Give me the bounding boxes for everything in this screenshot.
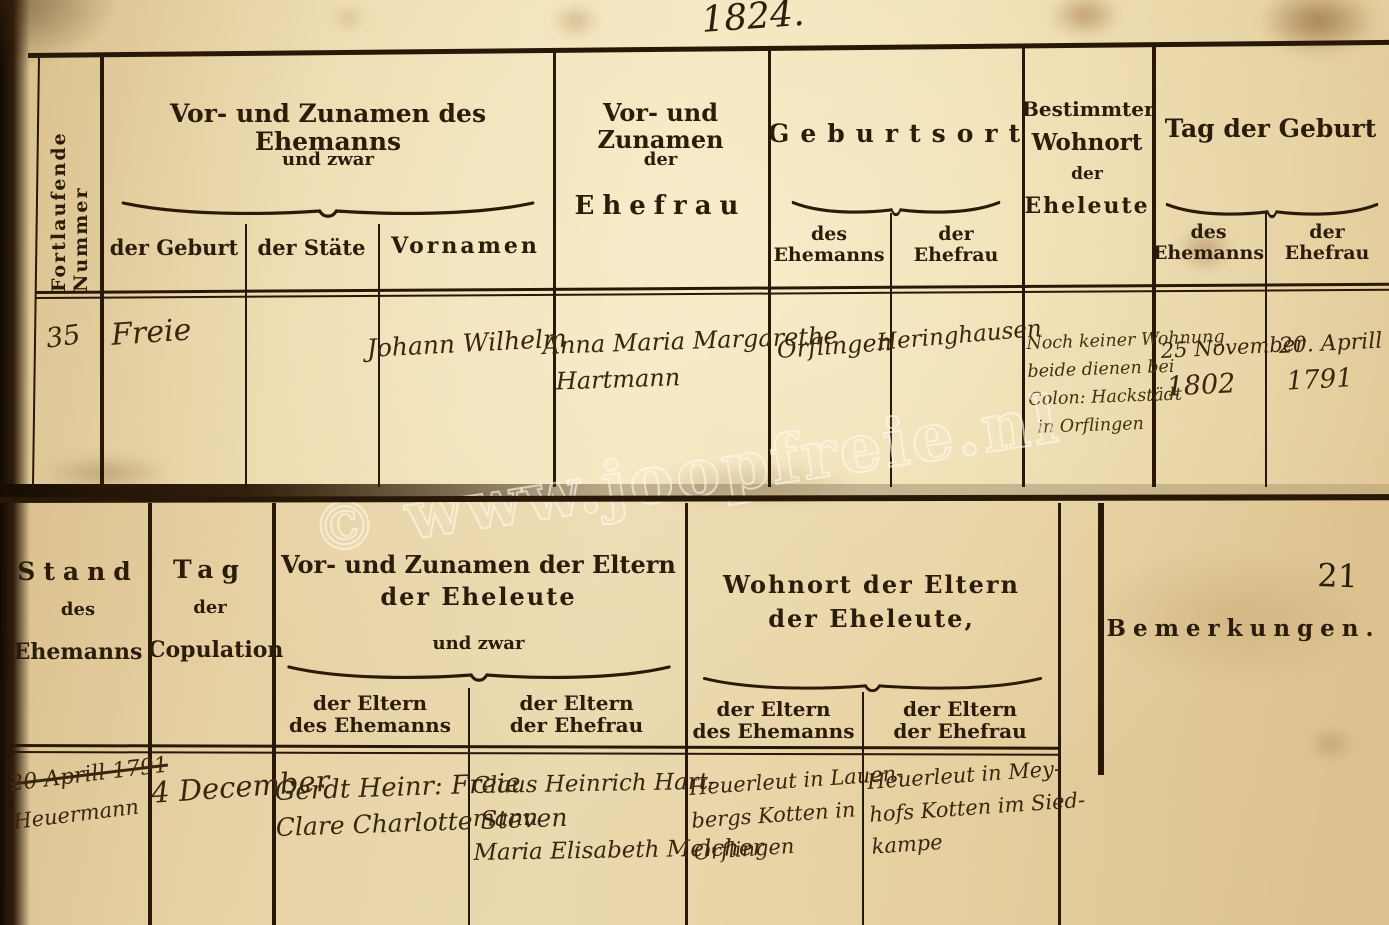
- subcol-header-surname-birth: der Geburt: [103, 236, 245, 260]
- entry-birthplace-bride: Heringhausen: [876, 316, 1043, 356]
- col-header-residence-1: Bestimmter: [1022, 98, 1152, 120]
- column-line: [32, 56, 40, 487]
- subcol-header-birthday-groom: des Ehemanns: [1152, 222, 1265, 265]
- ink-stain: [1048, 0, 1122, 38]
- column-line: [1058, 503, 1061, 925]
- col-header-birthday: Tag der Geburt: [1152, 115, 1389, 143]
- subcol-header-parents-residence-groom: der Eltern des Ehemanns: [685, 698, 862, 743]
- subcol-header-firstnames: Vornamen: [378, 234, 553, 259]
- subcol-header-birthplace-groom: des Ehemanns: [768, 224, 890, 267]
- brace-groom-group: [118, 196, 538, 222]
- col-header-stand-2: des: [8, 600, 148, 620]
- col-header-parents-qualifier: und zwar: [272, 634, 685, 654]
- year-heading: 1824.: [700, 0, 806, 41]
- entry-birthday-bride: 20. Aprill 1791: [1278, 325, 1385, 402]
- page-number: 21: [1317, 556, 1359, 595]
- brace-birthplace-group: [790, 196, 1002, 220]
- ink-stain: [1258, 0, 1378, 56]
- col-header-copulation-3: Copulation: [148, 638, 272, 663]
- subcol-header-parents-bride: der Eltern der Ehefrau: [468, 692, 685, 737]
- col-header-residence-2: Wohnort: [1022, 130, 1152, 156]
- entry-bride-parents-residence: Heuerleut in Mey- hofs Kotten im Sied- k…: [866, 751, 1088, 863]
- col-header-parents-residence-2: der Eheleute,: [685, 606, 1058, 633]
- subcol-header-parents-groom: der Eltern des Ehemanns: [272, 692, 468, 737]
- entry-firstnames: Johann Wilhelm: [366, 324, 567, 363]
- col-header-birthplace: Geburtsort: [768, 120, 1022, 148]
- col-header-parents-residence-1: Wohnort der Eltern: [685, 572, 1058, 599]
- brace-birthday-group: [1164, 198, 1380, 222]
- brace-parents-residence-group: [700, 672, 1045, 696]
- col-header-stand-1: Stand: [8, 558, 148, 586]
- col-header-groom-qualifier: und zwar: [103, 150, 553, 170]
- entry-surname: Freie: [110, 312, 193, 353]
- column-line: [768, 49, 771, 487]
- col-header-remarks: Bemerkungen.: [1098, 616, 1389, 642]
- col-header-residence-4: Eheleute: [1022, 194, 1152, 219]
- ink-stain: [552, 4, 600, 38]
- subcol-header-parents-residence-bride: der Eltern der Ehefrau: [862, 698, 1058, 743]
- col-header-bride-names-2: der: [553, 150, 768, 170]
- subcol-header-birthplace-bride: der Ehefrau: [890, 224, 1022, 267]
- brace-parents-group: [284, 660, 674, 686]
- col-header-bride-names-3: Ehefrau: [553, 192, 768, 221]
- register-page: 1824. Fortlaufende Nummer Vor- und Zunam…: [0, 0, 1389, 925]
- table-top-rule: [28, 40, 1389, 58]
- col-header-copulation-1: Tag: [148, 556, 272, 584]
- entry-number: 35: [44, 319, 82, 354]
- col-header-parents-names-1: Vor- und Zunamen der Eltern: [272, 552, 685, 579]
- col-header-bride-names-1: Vor- und Zunamen: [553, 100, 768, 154]
- col-header-residence-3: der: [1022, 165, 1152, 184]
- ink-stain: [332, 6, 364, 30]
- column-line: [245, 224, 247, 487]
- col-header-stand-3: Ehemanns: [8, 640, 148, 665]
- col-header-groom-names: Vor- und Zunamen des Ehemanns: [103, 100, 553, 156]
- subcol-header-surname-state: der Stäte: [245, 236, 378, 260]
- col-header-sequence-number: Fortlaufende Nummer: [42, 66, 98, 292]
- subcol-header-birthday-bride: der Ehefrau: [1265, 222, 1389, 265]
- col-header-parents-names-2: der Eheleute: [272, 584, 685, 611]
- col-header-copulation-2: der: [148, 598, 272, 618]
